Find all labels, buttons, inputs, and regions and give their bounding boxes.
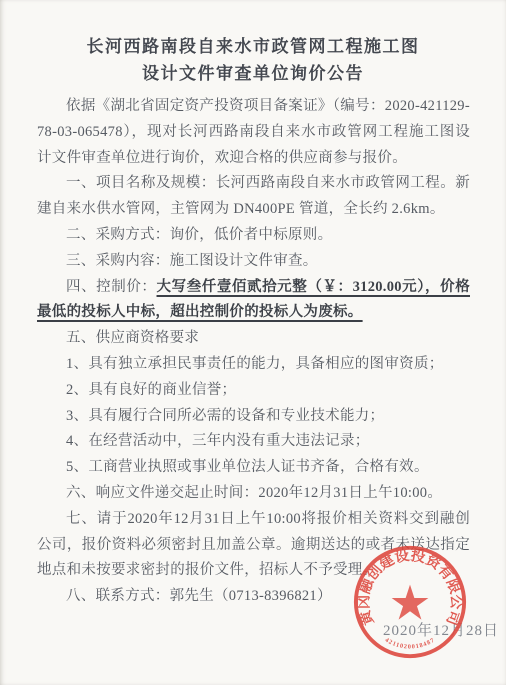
paragraph-item5-sub4: 4、在经营活动中，三年内没有重大违法记录； bbox=[37, 429, 470, 455]
paragraph-item2: 二、采购方式：询价，低价者中标原则。 bbox=[37, 223, 470, 249]
company-seal-graphic: 黄冈融创建设投资有限公司 4211020018487 bbox=[352, 544, 468, 660]
company-seal: 黄冈融创建设投资有限公司 4211020018487 bbox=[352, 544, 468, 660]
paragraph-item5: 五、供应商资格要求 bbox=[37, 326, 470, 352]
paragraph-item5-sub1: 1、具有独立承担民事责任的能力，具备相应的图审资质； bbox=[37, 352, 470, 378]
document-title: 长河西路南段自来水市政管网工程施工图 设计文件审查单位询价公告 bbox=[30, 33, 476, 87]
paragraph-item1: 一、项目名称及规模：长河西路南段自来水市政管网工程。新建自来水供水管网，主管网为… bbox=[37, 171, 470, 223]
document-body: 依据《湖北省固定资产投资项目备案证》（编号：2020-421129-78-03-… bbox=[37, 94, 470, 610]
seal-star-icon bbox=[392, 585, 429, 620]
paragraph-item3: 三、采购内容：施工图设计文件审查。 bbox=[37, 249, 470, 275]
document-title-line1: 长河西路南段自来水市政管网工程施工图 bbox=[30, 33, 476, 60]
seal-number-arc-text: 4211020018487 bbox=[384, 637, 437, 651]
item4-label: 四、控制价： bbox=[66, 279, 157, 295]
document-title-line2: 设计文件审查单位询价公告 bbox=[30, 60, 476, 87]
paragraph-item5-sub3: 3、具有履行合同所必需的设备和专业技术能力； bbox=[37, 404, 470, 430]
paragraph-item6: 六、响应文件递交起止时间：2020年12月31日上午10:00。 bbox=[37, 481, 470, 507]
paragraph-item4: 四、控制价：大写叁仟壹佰贰拾元整（￥：3120.00元），价格最低的投标人中标，… bbox=[37, 275, 470, 327]
document-page: 长河西路南段自来水市政管网工程施工图 设计文件审查单位询价公告 依据《湖北省固定… bbox=[0, 0, 506, 685]
paragraph-item5-sub2: 2、具有良好的商业信誉； bbox=[37, 378, 470, 404]
paragraph-item5-sub5: 5、工商营业执照或事业单位法人证书齐备，合格有效。 bbox=[37, 455, 470, 481]
paragraph-intro: 依据《湖北省固定资产投资项目备案证》（编号：2020-421129-78-03-… bbox=[37, 94, 470, 171]
